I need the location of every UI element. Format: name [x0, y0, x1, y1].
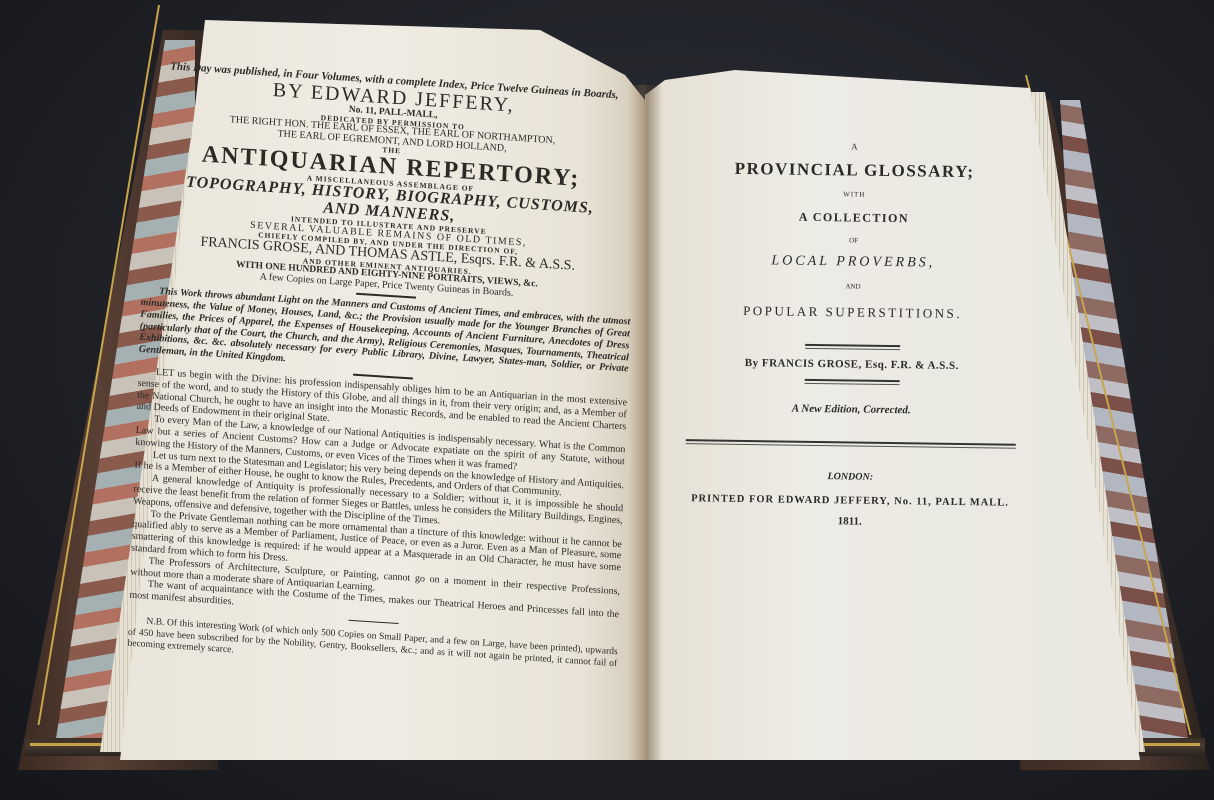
book-author: By FRANCIS GROSE, Esq. F.R. & A.S.S. — [672, 357, 1032, 374]
divider-rule — [349, 620, 399, 624]
advertisement-text: This Day was published, in Four Volumes,… — [127, 60, 639, 691]
title-superstitions: POPULAR SUPERSTITIONS. — [673, 303, 1033, 322]
double-rule — [804, 379, 899, 385]
title-collection: A COLLECTION — [674, 209, 1034, 227]
long-double-rule — [686, 440, 1016, 450]
imprint-printer: PRINTED FOR EDWARD JEFFERY, No. 11, PALL… — [670, 493, 1030, 509]
title-and: AND — [673, 281, 1033, 293]
book-edition: A New Edition, Corrected. — [671, 402, 1031, 419]
imprint-city: LONDON: — [670, 470, 1030, 486]
title-with: WITH — [674, 189, 1034, 201]
title-page-text: A PROVINCIAL GLOSSARY; WITH A COLLECTION… — [670, 140, 1035, 530]
book-title: PROVINCIAL GLOSSARY; — [674, 159, 1034, 182]
divider-rule — [356, 293, 416, 299]
title-of: OF — [674, 235, 1034, 247]
title-proverbs: LOCAL PROVERBS, — [673, 253, 1033, 273]
double-rule — [805, 344, 900, 350]
divider-rule — [353, 374, 413, 380]
